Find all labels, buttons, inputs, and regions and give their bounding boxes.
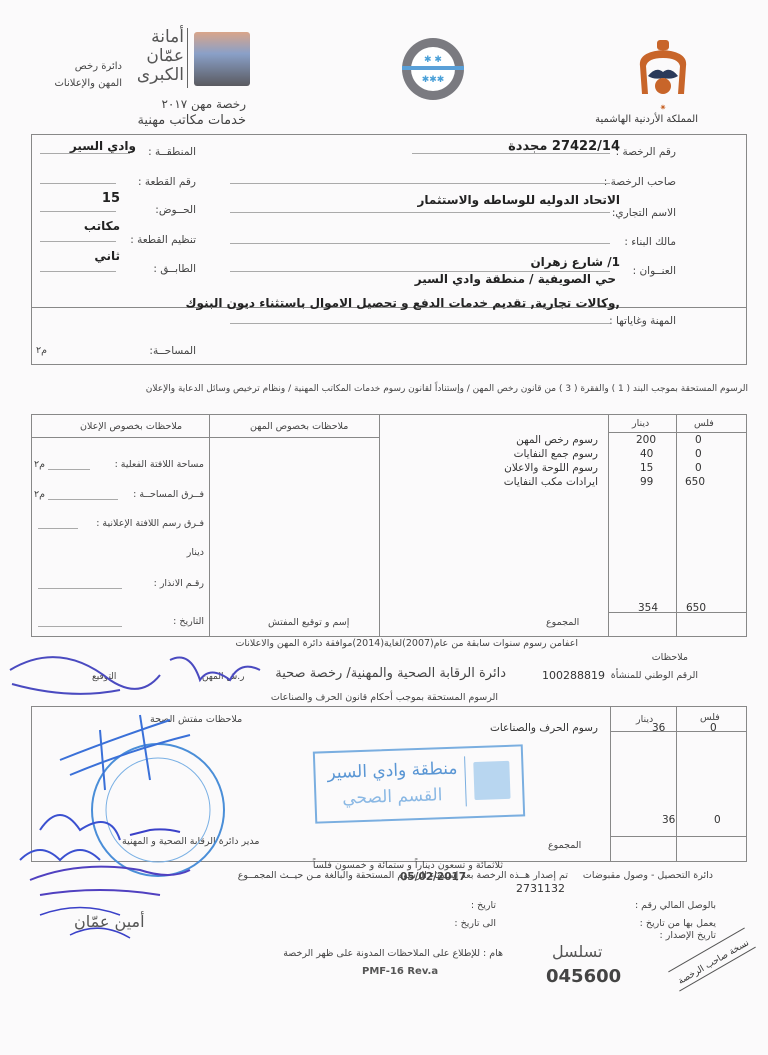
fee-row: رسوم رخص المهن 200 0: [380, 434, 746, 448]
address-line1: 1/ شارع زهران: [530, 255, 620, 269]
fee-row: ايرادات مكب النفايات 99 650: [380, 476, 746, 490]
fees-total-dinar: 354: [638, 602, 658, 614]
building-owner-label: مالك البناء :: [624, 236, 676, 248]
region-label: المنطقــة :: [140, 146, 196, 158]
plot-label: رقم القطعة :: [128, 176, 196, 188]
jordan-emblem: ✷: [628, 36, 698, 116]
inspector-sign-label: إسم و توقيع المفتش: [268, 617, 349, 628]
address-label: العنــوان :: [633, 265, 676, 277]
health-sub-fils: 0: [714, 814, 721, 826]
receipt-date-stamp: 05/02/2017: [400, 871, 466, 883]
license-no-label: رقم الرخصة :: [616, 146, 676, 158]
issue-date-label: تاريخ الإصدار :: [660, 930, 716, 941]
health-item-dinar: 36: [652, 722, 665, 734]
address-line2: حي الصويفية / منطقة وادي السير: [415, 272, 616, 286]
floor-value: ثاني: [70, 249, 120, 263]
license-no-value: 27422/14 مجددة: [508, 139, 620, 154]
health-stamp: منطقة وادي السير القسم الصحي: [313, 744, 525, 823]
health-legal-basis: الرسوم المستحقة بموجب أحكام قانون الحرف …: [271, 692, 498, 703]
col-fils: فلس: [694, 418, 714, 429]
signature-label: التوقيع: [92, 672, 116, 682]
col-dinar: دينار: [632, 418, 649, 429]
floor-label: الطابــق :: [140, 263, 196, 275]
fees-total-fils: 650: [686, 602, 706, 614]
basin-label: الحــوض:: [140, 204, 196, 216]
serial-number: 045600: [546, 966, 621, 987]
kingdom-text: المملكة الأردنية الهاشمية: [595, 114, 698, 125]
health-director: مدير دائرة الرقابة الصحية و المهنية: [122, 836, 259, 847]
health-inspector-notes: ملاحظات مفتش الصحة: [150, 714, 242, 725]
health-dept-title: دائرة الرقابة الصحية والمهنية/ رخصة صحية: [275, 666, 506, 681]
license-year: رخصة مهن ٢٠١٧: [161, 97, 246, 111]
license-info-box: [31, 134, 747, 365]
notes-label: ملاحظات: [652, 652, 688, 663]
gam-logo: أمانة عمّان الكبرى: [130, 28, 250, 96]
stamp-logo-icon: [473, 761, 510, 800]
region-value: وادي السير: [80, 139, 136, 153]
health-sub-dinar: 36: [662, 814, 675, 826]
license-type: خدمات مكاتب مهنية: [137, 113, 246, 128]
profession-label: المهنة وغاياتها :: [609, 315, 676, 327]
fee-items: رسوم رخص المهن 200 0 رسوم جمع النفايات 4…: [380, 434, 746, 490]
receipt-label: بالوصل المالي رقم :: [635, 900, 716, 911]
valid-from-label: يعمل بها من تاريخ :: [640, 918, 716, 929]
serial-label: تسلسل: [552, 942, 602, 961]
svg-text:✱ ✱: ✱ ✱: [424, 55, 442, 65]
area-unit: م٢: [36, 345, 47, 356]
partner-seal-logo: ✱ ✱ ✱✱✱: [400, 36, 466, 102]
svg-text:✱✱✱: ✱✱✱: [422, 75, 445, 85]
health-item-fils: 0: [710, 722, 717, 734]
plot-zoning-label: تنظيم القطعة :: [120, 234, 196, 246]
owner-label: صاحب الرخصة :: [604, 176, 676, 188]
fees-total-label: المجموع: [546, 617, 579, 628]
collection-dept: دائرة التحصيل - وصول مقبوضات: [583, 870, 713, 881]
plot-zoning-value: مكاتب: [70, 219, 120, 233]
basin-value: 15: [70, 191, 120, 206]
important-note: هام : للإطلاع على الملاحظات المدونة على …: [283, 948, 503, 959]
health-item-label: رسوم الحرف والصناعات: [490, 722, 598, 734]
date-label: تاريخ :: [471, 900, 496, 911]
fees-legal-basis: الرسوم المستحقة بموجب البند ( 1 ) والفقر…: [146, 384, 748, 394]
exemption-note: اعفامن رسوم سنوات سابقة من عام(2007)لغاي…: [235, 638, 578, 649]
national-id-label: الرقم الوطني للمنشأة: [611, 670, 698, 681]
trade-name-label: الاسم التجاري:: [612, 207, 676, 219]
national-id-value: 100288819: [542, 669, 605, 682]
gam-logo-image: [194, 32, 250, 86]
department-name: دائرة رخص المهن والإعلانات: [38, 58, 122, 92]
prof-sign-label: ر.ش المهن: [202, 672, 245, 682]
fee-row: رسوم جمع النفايات 40 0: [380, 448, 746, 462]
health-col-dinar: دينار: [636, 714, 653, 725]
valid-to-label: الى تاريخ :: [454, 918, 496, 929]
health-total-label: المجموع: [548, 840, 581, 851]
gam-logo-text: أمانة عمّان الكبرى: [137, 28, 184, 85]
col-prof-notes: ملاحظات بخصوص المهن: [250, 421, 348, 432]
profession-value: ,وكالات تجارية, تقديم خدمات الدفع و تحصي…: [186, 296, 620, 310]
svg-text:✷: ✷: [660, 103, 667, 112]
area-label: المساحــة:: [140, 345, 196, 357]
trade-name-value: الاتحاد الدوليه للوساطه والاستثمار: [418, 193, 620, 207]
receipt-number: 2731132: [516, 882, 565, 895]
form-code: PMF-16 Rev.a: [362, 966, 438, 977]
col-ad-notes: ملاحظات بخصوص الإعلان: [80, 421, 182, 432]
mayor-label: أمين عمّان: [74, 912, 145, 931]
fee-row: رسوم اللوحة والاعلان 15 0: [380, 462, 746, 476]
